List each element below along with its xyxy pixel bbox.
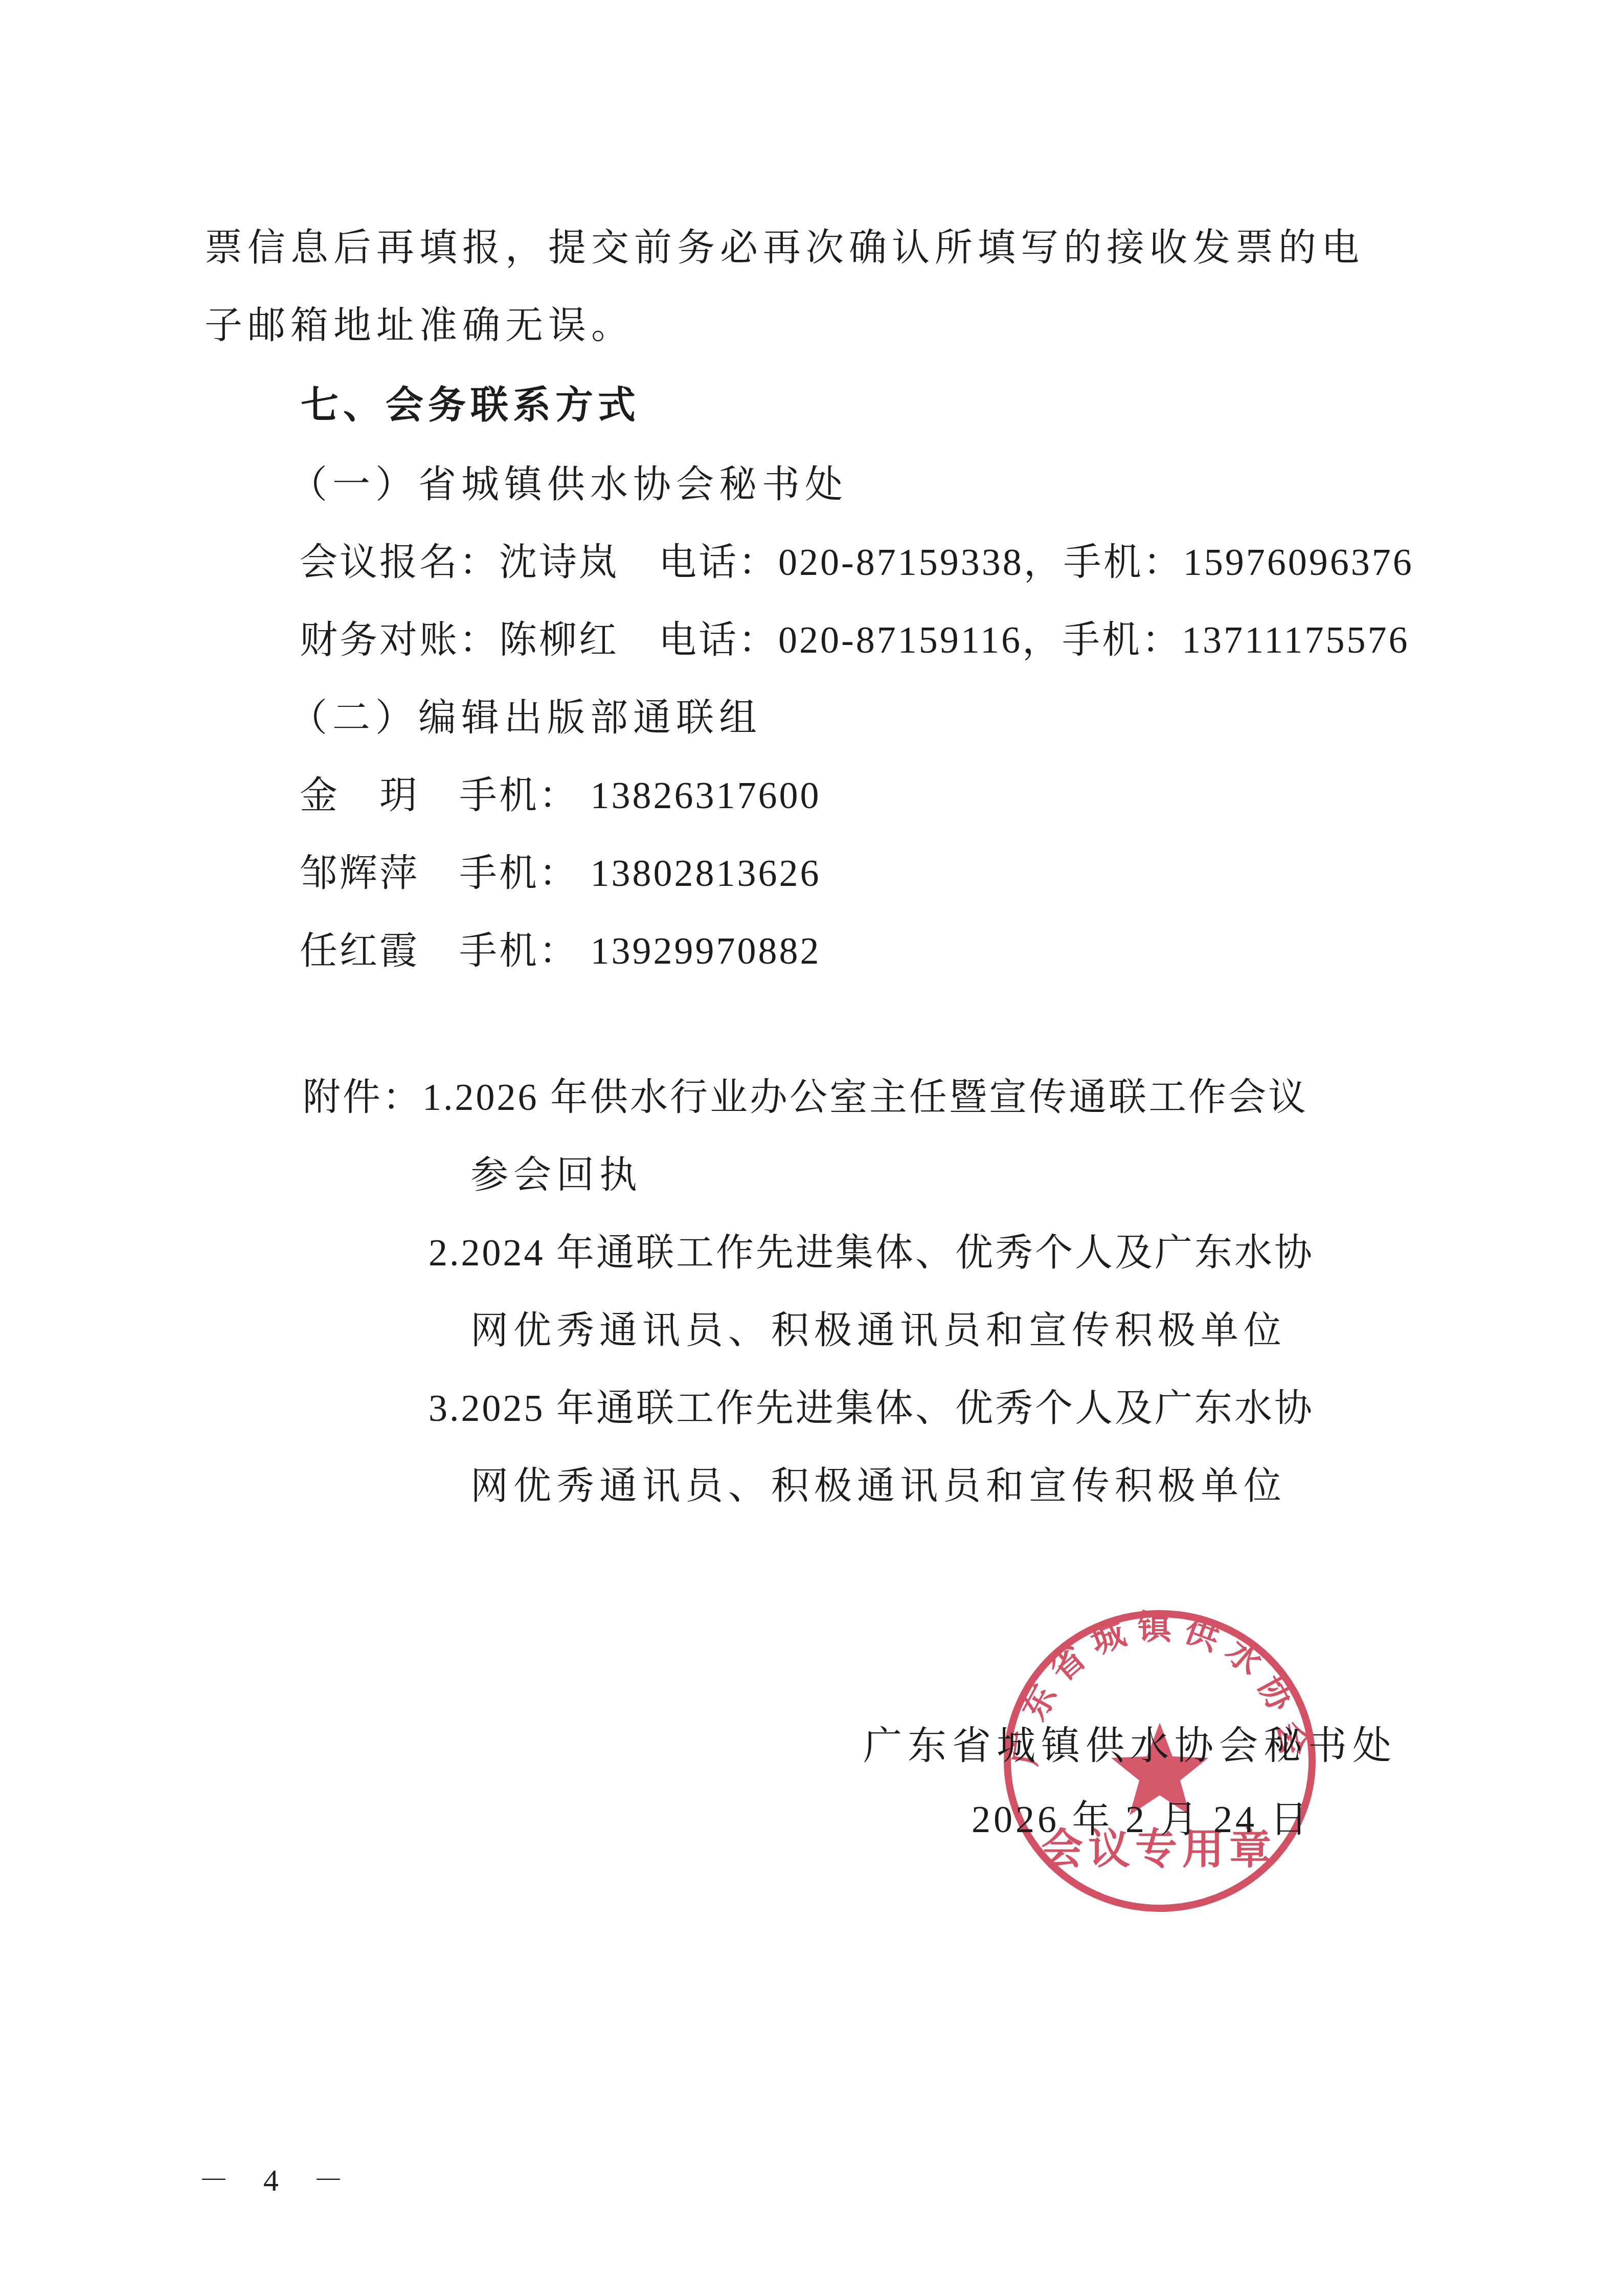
body-line-2: 子邮箱地址准确无误。 (205, 295, 634, 349)
contact-zou-huiping: 邹辉萍 手机： 13802813626 (300, 843, 821, 897)
attachment-2: 2.2024 年通联工作先进集体、优秀个人及广东水协 (429, 1222, 1314, 1277)
subsection-1-title: （一）省城镇供水协会秘书处 (289, 454, 848, 508)
page-number: － 4 － (198, 2156, 357, 2200)
document-page: 票信息后再填报，提交前务必再次确认所填写的接收发票的电 子邮箱地址准确无误。 七… (0, 0, 1623, 2296)
contact-ren-hongxia: 任红霞 手机： 13929970882 (300, 921, 821, 975)
body-line-1: 票信息后再填报，提交前务必再次确认所填写的接收发票的电 (205, 217, 1364, 272)
attachment-1-continued: 参会回执 (470, 1145, 642, 1199)
contact-jin-yue: 金 玥 手机： 13826317600 (300, 765, 821, 819)
attachment-3-continued: 网优秀通讯员、积极通讯员和宣传积极单位 (470, 1456, 1287, 1510)
attachment-2-continued: 网优秀通讯员、积极通讯员和宣传积极单位 (470, 1300, 1287, 1354)
subsection-2-title: （二）编辑出版部通联组 (289, 687, 762, 742)
section-heading: 七、会务联系方式 (301, 375, 640, 429)
signature-date: 2026 年 2 月 24 日 (972, 1789, 1311, 1843)
contact-registration: 会议报名：沈诗岚 电话：020-87159338，手机：15976096376 (300, 532, 1414, 586)
attachment-3: 3.2025 年通联工作先进集体、优秀个人及广东水协 (429, 1378, 1314, 1432)
attachment-1: 附件：1.2026 年供水行业办公室主任暨宣传通联工作会议 (303, 1067, 1308, 1121)
contact-finance: 财务对账：陈柳红 电话：020-87159116，手机：13711175576 (300, 610, 1409, 664)
signature-org: 广东省城镇供水协会秘书处 (863, 1714, 1397, 1770)
